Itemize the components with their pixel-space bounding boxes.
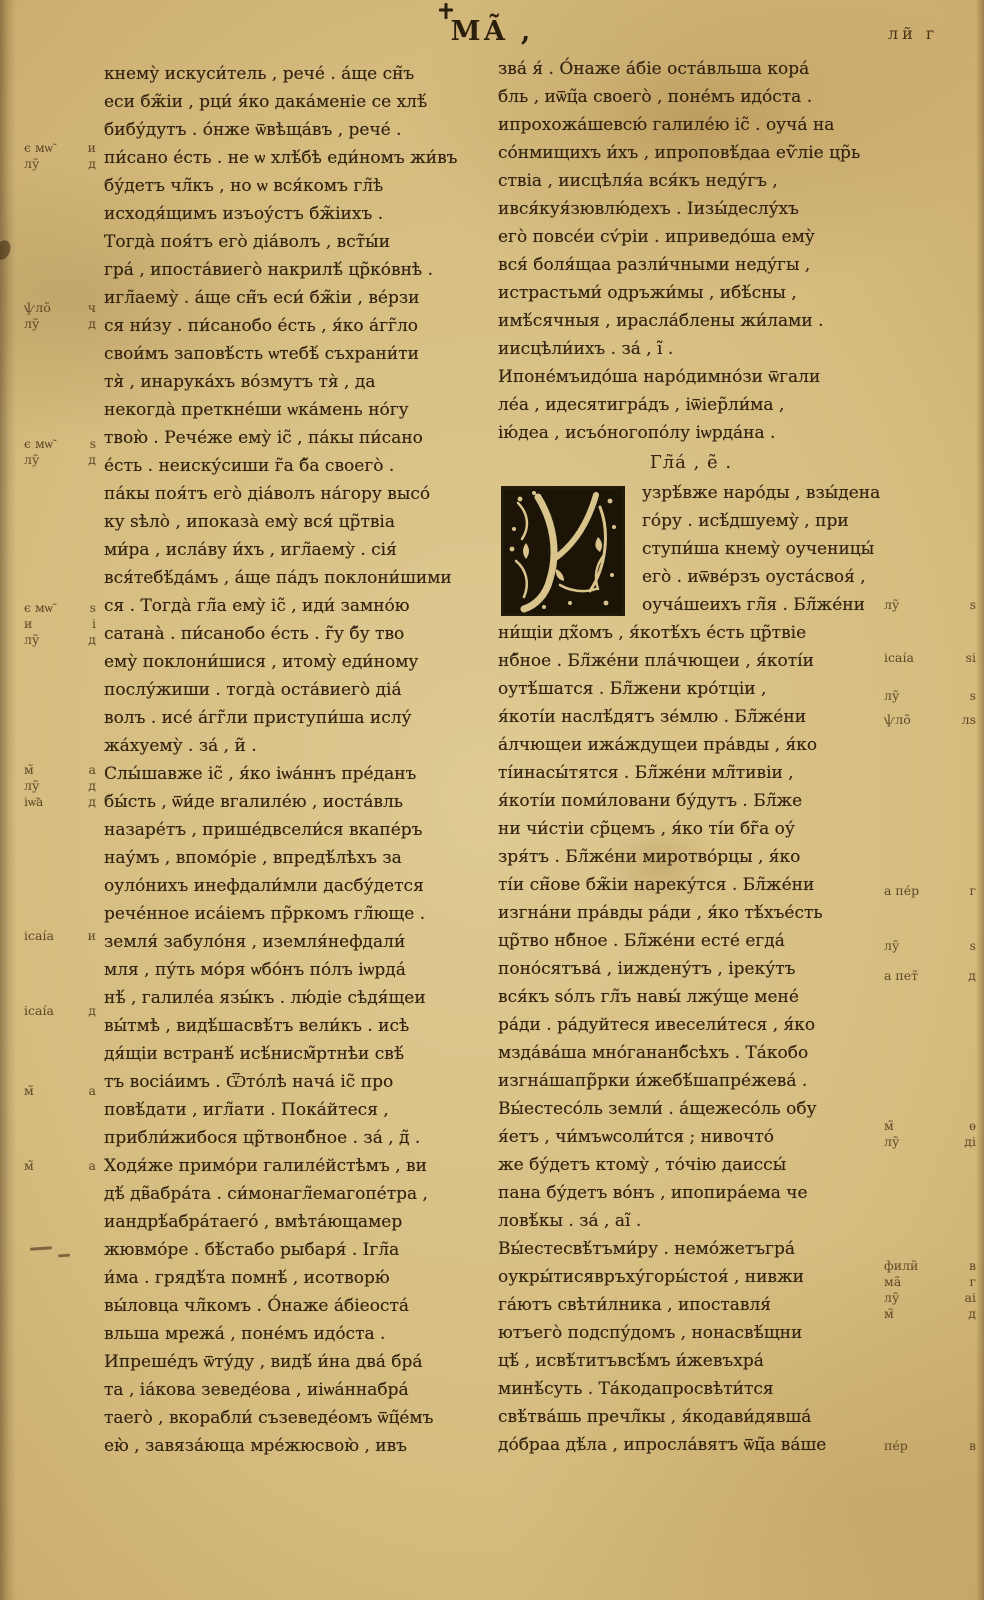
text-line: ію́деа , исъо́ногопо́лу іѡрда́на .: [498, 419, 884, 447]
text-line: сатана̀ . пи́санобо е́сть . г̃у б̃у тво: [104, 620, 498, 648]
margin-reference: фили̃вма̃глу̃аім̃д: [884, 1258, 976, 1321]
margin-reference: є мѡ̃ѕлу̃д: [24, 436, 96, 467]
text-line: бы́сть , ѿи́де вгалиле́ю , иоста́вль: [104, 788, 498, 816]
text-line: волъ . исе́ а́гг̃ли приступи́ша ислу́: [104, 704, 498, 732]
initial-letter-section: узрѣ́вже наро́ды , взы́денаго́ру . исѣ́д…: [498, 479, 884, 619]
text-line: таего̀ , вкорабли́ съзеведе́омъ ѿц̃е́мъ: [104, 1404, 498, 1432]
text-line: оуло́нихъ инефдали́мли дасбу́дется: [104, 872, 498, 900]
reference-book: лу̃: [884, 938, 899, 953]
text-line: вы́ловца чл̃комъ . О́наже а́біеоста́: [104, 1292, 498, 1320]
reference-book: ѱло̃: [24, 300, 51, 315]
text-line: повѣ́дати , игл̃ати . Пока́йтеся ,: [104, 1096, 498, 1124]
reference-book: м̃: [884, 1118, 894, 1133]
text-line: Вы́естесвѣ́тъми́ру . немо́жетъгра́: [498, 1235, 884, 1263]
reference-book: ісаі́а: [24, 928, 54, 943]
text-line: поно́сятъва́ , іиждену́тъ , іреку́тъ: [498, 955, 884, 983]
reference-book: є мѡ̃: [24, 436, 53, 451]
ink-blot: [30, 1246, 52, 1251]
text-line: прибли́жибося цр̃твонб̃ное . за́ , д̃ .: [104, 1124, 498, 1152]
reference-book: лу̃: [884, 597, 899, 612]
text-line: я́коті́и наслѣ́дятъ зе́млю . Бл̃же́ни: [498, 703, 884, 731]
text-line: иандрѣ́абра́таего́ , вмѣта́ющамер: [104, 1208, 498, 1236]
reference-book: лу̃: [884, 1134, 899, 1149]
ink-blot: [58, 1254, 70, 1258]
text-line: го́ру . исѣ́дшуему̀ , при: [642, 507, 884, 535]
text-line: со́нмищихъ и́хъ , ипроповѣ́даа еѵ̃ліе цр…: [498, 139, 884, 167]
text-line: ку ѕѣло̀ , ипоказа̀ ему̀ вся́ цр̃твіа: [104, 508, 498, 536]
reference-chapter: д: [88, 452, 96, 467]
margin-reference: пе́рв: [884, 1438, 976, 1453]
reference-chapter: д: [88, 316, 96, 331]
text-line: жювмо́ре . бѣ́стабо рыбаря́ . Ігл̃а: [104, 1236, 498, 1264]
text-line: минѣ́суть . Та́кодапросвѣти́тся: [498, 1375, 884, 1403]
reference-chapter: г: [969, 1274, 976, 1289]
text-line: жа́хуему̀ . за́ , и̃ .: [104, 732, 498, 760]
text-line: Вы́естесо́ль земли́ . а́щежесо́ль обу: [498, 1095, 884, 1123]
text-line: рече́нное иса́іемъ пр̃ркомъ гл̃юще .: [104, 900, 498, 928]
text-line: е́сть . неиску́сиши г̃а б̃а своего̀ .: [104, 452, 498, 480]
text-line: бибу́дутъ . о́нже ѿвѣща́въ , рече́ .: [104, 116, 498, 144]
text-line: ми́ра , исла́ву и́хъ , игл̃аему̀ . сія́: [104, 536, 498, 564]
reference-book: м̃: [24, 1158, 34, 1173]
margin-reference: м̃алу̃діѡ̃ад: [24, 762, 96, 809]
reference-chapter: и: [88, 928, 96, 943]
margin-reference: а пет̃д: [884, 968, 976, 983]
reference-book: ісаі́а: [24, 1003, 54, 1018]
reference-chapter: д: [88, 1003, 96, 1018]
reference-chapter: аі: [965, 1290, 976, 1305]
reference-book: лу̃: [884, 1290, 899, 1305]
reference-chapter: в: [969, 1258, 976, 1273]
reference-book: лу̃: [24, 778, 39, 793]
text-line: твою̀ . Рече́же ему̀ іс̃ , па́кы пи́сано: [104, 424, 498, 452]
text-line: зва́ я́ . О́наже а́біе оста́вльша кора́: [498, 55, 884, 83]
reference-chapter: а: [89, 1158, 96, 1173]
left-column-lines: кнему̀ искуси́тель , рече́ . а́ще сн̃ъес…: [104, 60, 498, 1460]
text-line: па́кы поя́тъ его̀ діа́волъ на́гору высо́: [104, 480, 498, 508]
margin-reference: а пе́рг: [884, 883, 976, 898]
reference-book: лу̃: [884, 688, 899, 703]
text-line: вся́тебѣ́да́мъ , а́ще па́дъ поклони́шими: [104, 564, 498, 592]
text-line: свѣ́тва́шь пречл̃кы , я́кодави́дявша́: [498, 1403, 884, 1431]
book-page: МА̃ , ли̃ г кнему̀ искуси́тель , рече́ .…: [0, 0, 984, 1600]
reference-book: ісаі́а: [884, 650, 914, 665]
text-line: изгна́ни пра́вды ра́ди , я́ко тѣ́хъе́сть: [498, 899, 884, 927]
text-line: Тогда̀ поя́тъ его̀ діа́волъ , вст̃ы́и: [104, 228, 498, 256]
reference-book: ѱло̃: [884, 712, 911, 727]
reference-chapter: д: [968, 968, 976, 983]
reference-chapter: в: [969, 1438, 976, 1453]
text-line: нѣ́ , галиле́а язы́къ . лю́діе сѣдя́щеи: [104, 984, 498, 1012]
text-line: мзда́ва́ша мно́гананб̃сѣхъ . Та́кобо: [498, 1039, 884, 1067]
reference-book: лу̃: [24, 316, 39, 331]
margin-reference: ісаі́аи: [24, 928, 96, 943]
text-line: свои́мъ заповѣ́сть ѡтебѣ́ съхрани́ти: [104, 340, 498, 368]
reference-chapter: а: [89, 762, 96, 777]
text-line: та , іа́кова зеведе́ова , иіѡа́ннабра́: [104, 1376, 498, 1404]
text-line: оукры́тисявръху́горы́стоя́ , нивжи: [498, 1263, 884, 1291]
text-line: Слы́шавже іс̃ , я́ко іѡа́ннъ пре́данъ: [104, 760, 498, 788]
fore-edge: [976, 0, 984, 1600]
reference-chapter: ді: [964, 1134, 976, 1149]
text-line: земля́ забуло́ня , иземля́нефдали́: [104, 928, 498, 956]
reference-chapter: г: [969, 883, 976, 898]
text-line: исходя́щимъ изъоу́стъ бж̃іихъ .: [104, 200, 498, 228]
text-line: истрастьми́ одръжи́мы , ибѣ́сны ,: [498, 279, 884, 307]
margin-reference: є мѡ̃илу̃д: [24, 140, 96, 171]
text-line: вся́къ ѕо́лъ гл̃ъ навы́ лжу́ще мене́: [498, 983, 884, 1011]
text-line: ті́инасы́тятся . Бл̃же́ни мл̃тивіи ,: [498, 759, 884, 787]
reference-book: м̃: [884, 1306, 894, 1321]
reference-book: є мѡ̃: [24, 600, 53, 615]
reference-book: іѡ̃а: [24, 794, 43, 809]
reference-chapter: д: [88, 156, 96, 171]
reference-chapter: ѕ: [970, 938, 976, 953]
text-line: его̀ . иѿве́рзъ оуста́своя́ ,: [642, 563, 884, 591]
text-line: бль , иѿц̃а своего̀ , поне́мъ идо́ста .: [498, 83, 884, 111]
reference-chapter: д: [88, 632, 96, 647]
reference-book: лу̃: [24, 632, 39, 647]
margin-reference: ісаі́ад: [24, 1003, 96, 1018]
text-line: нау́мъ , впомо́ріе , впредѣ́лѣхъ за: [104, 844, 498, 872]
reference-chapter: ѳ: [969, 1118, 976, 1133]
text-line: ився́куя́зювлю́дехъ . Іизы́деслу́хъ: [498, 195, 884, 223]
text-line: вся́ боля́щаа разли́чными неду́гы ,: [498, 251, 884, 279]
text-line: иисцѣли́ихъ . за́ , і̃ .: [498, 335, 884, 363]
reference-chapter: ѕ: [970, 688, 976, 703]
reference-book: м̃: [24, 762, 34, 777]
reference-book: пе́р: [884, 1438, 908, 1453]
reference-book: лу̃: [24, 156, 39, 171]
text-line: и́ма . грядѣ́та помнѣ́ , исотворю́: [104, 1264, 498, 1292]
reference-book: м̃: [24, 1083, 34, 1098]
text-line: назаре́тъ , прише́двсели́ся вкапе́ръ: [104, 816, 498, 844]
text-line: дѣ́ дв̃абра́та . си́монагл̃емагопе́тра ,: [104, 1180, 498, 1208]
text-line: некогда̀ преткне́ши ѡка́мень но́гу: [104, 396, 498, 424]
text-line: га́ютъ свѣти́лника , ипоставля́: [498, 1291, 884, 1319]
reference-chapter: и: [88, 140, 96, 155]
text-line: ни чи́стіи ср̃цемъ , я́ко ті́и бг̃а оу́: [498, 815, 884, 843]
reference-chapter: д: [88, 778, 96, 793]
text-line: ті́и сн̃ове бж̃іи нареку́тся . Бл̃же́ни: [498, 871, 884, 899]
text-line: дя́щіи встранѣ́ исѣ́нисм̃ртнѣи свѣ́: [104, 1040, 498, 1068]
reference-chapter: і: [92, 616, 96, 631]
chapter-heading: Гл̃а́ , е̃ .: [498, 447, 884, 479]
text-line: пана бу́детъ во́нъ , ипопира́ема че: [498, 1179, 884, 1207]
text-line: Ходя́же примо́ри галиле́йстѣмъ , ви: [104, 1152, 498, 1180]
text-line: послу́жиши . тогда̀ оста́виего̀ діа́: [104, 676, 498, 704]
text-line: ле́а , идесятигра́дъ , іѿіер̃ли́ма ,: [498, 391, 884, 419]
reference-chapter: ѕ: [90, 600, 96, 615]
margin-reference: лу̃ѕ: [884, 688, 976, 703]
text-line: оутѣ́шатся . Бл̃жени кро́тціи ,: [498, 675, 884, 703]
text-line: до́браа дѣ́ла , ипросла́вятъ ѿц̃а ва́ше: [498, 1431, 884, 1459]
reference-chapter: ѕ: [90, 436, 96, 451]
text-line: еси бж̃іи , рци́ я́ко дака́меніе се хлѣ́: [104, 88, 498, 116]
text-line: ловѣ́кы . за́ , аі̃ .: [498, 1207, 884, 1235]
text-line: же бу́детъ ктому̀ , то́чію даиссы́: [498, 1151, 884, 1179]
reference-chapter: а: [89, 1083, 96, 1098]
margin-reference: м̃а: [24, 1083, 96, 1098]
reference-book: а пе́р: [884, 883, 919, 898]
margin-reference: є мѡ̃ѕиілу̃д: [24, 600, 96, 647]
woodcut-initial-letter: [500, 485, 626, 617]
right-column-bottom: ни́щіи дх̃омъ , я́котѣ́хъ е́сть цр̃твіен…: [498, 619, 884, 1459]
text-line: я́коті́и поми́ловани бу́дутъ . Бл̃же: [498, 787, 884, 815]
reference-chapter: д: [88, 794, 96, 809]
text-line: ся ни́зу . пи́санобо е́сть , я́ко а́гг̃л…: [104, 312, 498, 340]
text-line: имѣ́сячныя , ирасла́блены жи́лами .: [498, 307, 884, 335]
text-line: тъ восіа́имъ . Ѿто́лѣ нача́ іс̃ про: [104, 1068, 498, 1096]
reference-chapter: д: [968, 1306, 976, 1321]
reference-chapter: ѕі: [966, 650, 976, 665]
text-line: Ипреше́дъ ѿту́ду , видѣ́ и́на два́ бра́: [104, 1348, 498, 1376]
text-line: кнему̀ искуси́тель , рече́ . а́ще сн̃ъ: [104, 60, 498, 88]
text-line: ему̀ поклони́шися , итому̀ еди́ному: [104, 648, 498, 676]
text-line: игл̃аему̀ . а́ще сн̃ъ еси́ бж̃іи , ве́рз…: [104, 284, 498, 312]
text-line: ствіа , иисцѣля́а вся́къ неду́гъ ,: [498, 167, 884, 195]
reference-book: фили̃: [884, 1258, 918, 1273]
text-line: бу́детъ чл̃къ , но ѡ вся́комъ гл̃ѣ: [104, 172, 498, 200]
text-line: а́лчющеи ижа́ждущеи пра́вды , я́ко: [498, 731, 884, 759]
text-line: ступи́ша кнему̀ оученицы́: [642, 535, 884, 563]
text-line: ютъего̀ подспу́домъ , нонасвѣ́щни: [498, 1319, 884, 1347]
reference-book: є мѡ̃: [24, 140, 53, 155]
reference-book: ма̃: [884, 1274, 901, 1289]
text-line: ся . Тогда̀ гл̃а ему̀ іс̃ , иди́ замно́ю: [104, 592, 498, 620]
text-line: мля , пу́ть мо́ря ѡбо́нъ по́лъ іѡрда́: [104, 956, 498, 984]
text-line: ею̀ , завяза́юща мре́жюсвою̀ , ивъ: [104, 1432, 498, 1460]
text-line: пи́сано е́сть . не ѡ хлѣ́бѣ еди́номъ жи́…: [104, 144, 498, 172]
right-column-top: зва́ я́ . О́наже а́біе оста́вльша кора́б…: [498, 55, 884, 447]
reference-book: а пет̃: [884, 968, 918, 983]
margin-reference: ѱло̃лѕ: [884, 712, 976, 727]
text-line: нб̃ное . Бл̃же́ни пла́чющеи , я́коті́и: [498, 647, 884, 675]
text-line: ра́ди . ра́дуйтеся ивесели́теся , я́ко: [498, 1011, 884, 1039]
margin-reference: ѱло̃члу̃д: [24, 300, 96, 331]
text-line: тя̀ , инарука́хъ во́змутъ тя̀ , да: [104, 368, 498, 396]
text-line: я́етъ , чи́мъѡсоли́тся ; нивочто́: [498, 1123, 884, 1151]
reference-chapter: лѕ: [962, 712, 976, 727]
right-text-column: зва́ я́ . О́наже а́біе оста́вльша кора́б…: [498, 55, 884, 1459]
text-line: изгна́шапр̃рки и́жебѣ́шапре́жева́ .: [498, 1067, 884, 1095]
text-line: узрѣ́вже наро́ды , взы́дена: [642, 479, 884, 507]
text-line: зря́тъ . Бл̃же́ни миротво́рцы , я́ко: [498, 843, 884, 871]
left-text-column: кнему̀ искуси́тель , рече́ . а́ще сн̃ъес…: [104, 60, 498, 1460]
margin-reference: лу̃ѕ: [884, 938, 976, 953]
margin-reference: лу̃ѕ: [884, 597, 976, 612]
text-line: его̀ повсе́и сѵ́ріи . иприведо́ша ему̀: [498, 223, 884, 251]
margin-reference: м̃а: [24, 1158, 96, 1173]
margin-reference: м̃ѳлу̃ді: [884, 1118, 976, 1149]
reference-chapter: ч: [88, 300, 96, 315]
text-line: цѣ́ , исвѣ́титъвсѣ́мъ и́жевъхра́: [498, 1347, 884, 1375]
text-line: ни́щіи дх̃омъ , я́котѣ́хъ е́сть цр̃твіе: [498, 619, 884, 647]
margin-reference: ісаі́аѕі: [884, 650, 976, 665]
text-line: оуча́шеихъ гл̃я . Бл̃же́ни: [642, 591, 884, 619]
text-line: Ипоне́мъидо́ша наро́димно́зи ѿгали: [498, 363, 884, 391]
text-line: ипрохожа́шевсю́ галиле́ю іс̃ . оуча́ на: [498, 111, 884, 139]
text-line: вы́тмѣ , видѣ́шасвѣ́тъ вели́къ . исѣ: [104, 1012, 498, 1040]
text-line: вльша мрежа́ , поне́мъ идо́ста .: [104, 1320, 498, 1348]
reference-book: лу̃: [24, 452, 39, 467]
reference-book: и: [24, 616, 32, 631]
folio-number: ли̃ г: [888, 24, 938, 43]
running-title: МА̃ ,: [0, 16, 984, 47]
text-line: цр̃тво нб̃ное . Бл̃же́ни есте́ егда́: [498, 927, 884, 955]
text-line: гра́ , ипоста́виего̀ накрилѣ́ цр̃ко́внѣ …: [104, 256, 498, 284]
reference-chapter: ѕ: [970, 597, 976, 612]
